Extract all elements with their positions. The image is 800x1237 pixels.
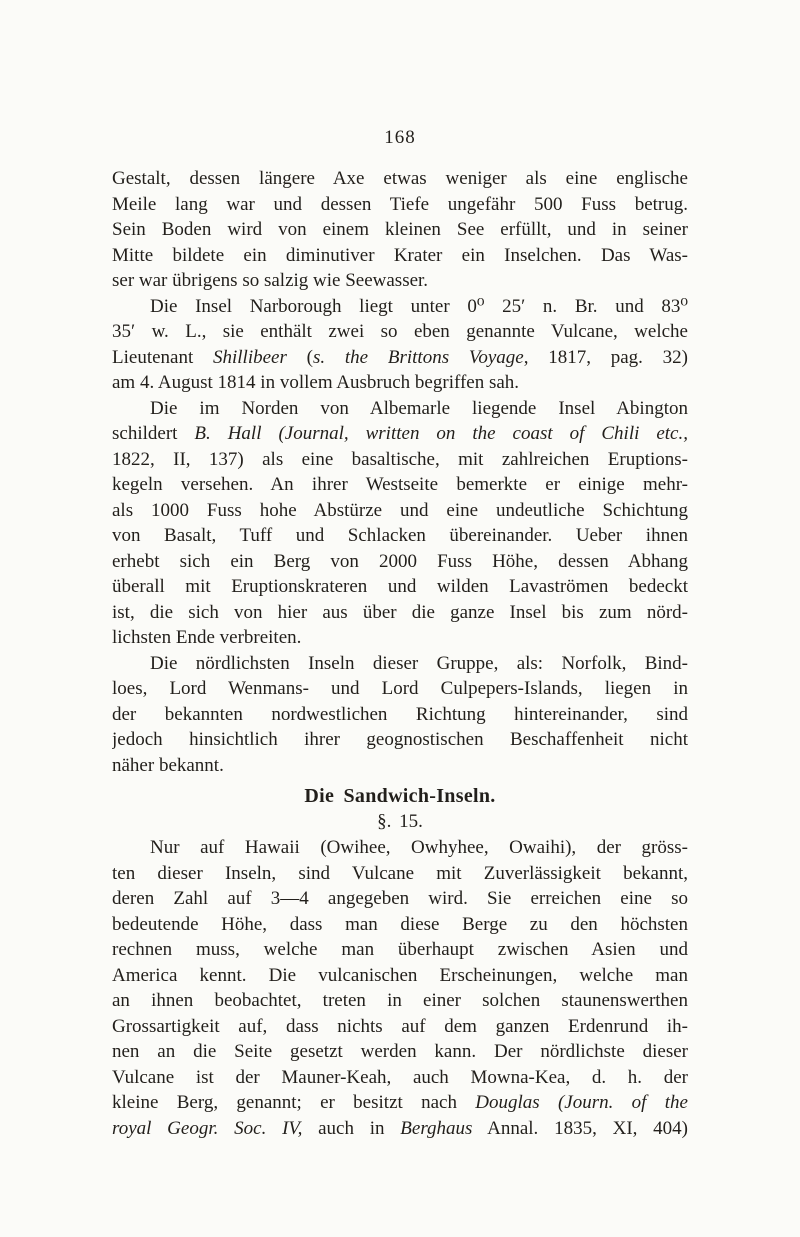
text-segment: Lieutenant xyxy=(112,347,213,368)
text-segment: schildert xyxy=(112,423,194,444)
text-line: Grossartigkeit auf, dass nichts auf dem … xyxy=(112,1014,688,1040)
body-paragraph: Nur auf Hawaii (Owihee, Owhyhee, Owaihi)… xyxy=(112,835,688,1141)
text-segment: kegeln versehen. An ihrer Westseite beme… xyxy=(112,474,688,495)
text-line: loes, Lord Wenmans- und Lord Culpepers-I… xyxy=(112,676,688,702)
text-segment: Die im Norden von Albemarle liegende Ins… xyxy=(150,398,688,419)
body-paragraph: Die nördlichsten Inseln dieser Gruppe, a… xyxy=(112,651,688,779)
italic-text-segment: royal Geogr. Soc. IV, xyxy=(112,1118,302,1139)
text-line: erhebt sich ein Berg von 2000 Fuss Höhe,… xyxy=(112,549,688,575)
text-segment: kleine Berg, genannt; er besitzt nach xyxy=(112,1092,475,1113)
italic-text-segment: Douglas (Journ. of the xyxy=(475,1092,688,1113)
text-segment: auch in xyxy=(302,1118,400,1139)
text-segment: lichsten Ende verbreiten. xyxy=(112,627,301,648)
text-segment: Nur auf Hawaii (Owihee, Owhyhee, Owaihi)… xyxy=(150,837,688,858)
text-line: jedoch hinsichtlich ihrer geognostischen… xyxy=(112,727,688,753)
text-line: America kennt. Die vulcanischen Erschein… xyxy=(112,963,688,989)
text-segment: deren Zahl auf 3—4 angegeben wird. Sie e… xyxy=(112,888,688,909)
text-line: Lieutenant Shillibeer (s. the Brittons V… xyxy=(112,345,688,371)
text-line: der bekannten nordwestlichen Richtung hi… xyxy=(112,702,688,728)
text-line: bedeutende Höhe, dass man diese Berge zu… xyxy=(112,912,688,938)
italic-text-segment: Shillibeer xyxy=(213,347,287,368)
text-segment: rechnen muss, welche man überhaupt zwisc… xyxy=(112,939,688,960)
text-line: nen an die Seite gesetzt werden kann. De… xyxy=(112,1039,688,1065)
text-segment: Mitte bildete ein diminutiver Krater ein… xyxy=(112,245,688,266)
page-number: 168 xyxy=(112,128,688,148)
text-segment: 1822, II, 137) als eine basaltische, mit… xyxy=(112,449,688,470)
text-segment: ist, die sich von hier aus über die ganz… xyxy=(112,602,688,623)
text-line: schildert B. Hall (Journal, written on t… xyxy=(112,421,688,447)
text-line: Sein Boden wird von einem kleinen See er… xyxy=(112,217,688,243)
body-paragraph: Die im Norden von Albemarle liegende Ins… xyxy=(112,396,688,651)
text-line: von Basalt, Tuff und Schlacken übereinan… xyxy=(112,523,688,549)
body-paragraph: Gestalt, dessen längere Axe etwas wenige… xyxy=(112,166,688,294)
text-line: an ihnen beobachtet, treten in einer sol… xyxy=(112,988,688,1014)
italic-text-segment: Berghaus xyxy=(400,1118,472,1139)
text-line: näher bekannt. xyxy=(112,753,688,779)
text-segment: überall mit Eruptionskrateren und wilden… xyxy=(112,576,688,597)
text-segment: 35′ w. L., sie enthält zwei so eben gena… xyxy=(112,321,688,342)
text-segment: von Basalt, Tuff und Schlacken übereinan… xyxy=(112,525,688,546)
text-line: Vulcane ist der Mauner-Keah, auch Mowna-… xyxy=(112,1065,688,1091)
text-line: Nur auf Hawaii (Owihee, Owhyhee, Owaihi)… xyxy=(112,835,688,861)
text-segment: Die Insel Narborough liegt unter 0⁰ 25′ … xyxy=(150,296,688,317)
text-segment: am 4. August 1814 in vollem Ausbruch beg… xyxy=(112,372,519,393)
text-segment: nen an die Seite gesetzt werden kann. De… xyxy=(112,1041,688,1062)
text-line: ist, die sich von hier aus über die ganz… xyxy=(112,600,688,626)
text-segment: der bekannten nordwestlichen Richtung hi… xyxy=(112,704,688,725)
text-segment: Gestalt, dessen längere Axe etwas wenige… xyxy=(112,168,688,189)
text-line: Die Insel Narborough liegt unter 0⁰ 25′ … xyxy=(112,294,688,320)
text-content: Gestalt, dessen längere Axe etwas wenige… xyxy=(112,166,688,1141)
text-line: deren Zahl auf 3—4 angegeben wird. Sie e… xyxy=(112,886,688,912)
text-segment: bedeutende Höhe, dass man diese Berge zu… xyxy=(112,914,688,935)
text-segment: ten dieser Inseln, sind Vulcane mit Zuve… xyxy=(112,863,688,884)
text-line: Mitte bildete ein diminutiver Krater ein… xyxy=(112,243,688,269)
text-segment: Sein Boden wird von einem kleinen See er… xyxy=(112,219,688,240)
text-segment: an ihnen beobachtet, treten in einer sol… xyxy=(112,990,688,1011)
body-paragraph: Die Insel Narborough liegt unter 0⁰ 25′ … xyxy=(112,294,688,396)
text-line: als 1000 Fuss hohe Abstürze und eine und… xyxy=(112,498,688,524)
section-heading: Die Sandwich-Inseln. xyxy=(112,783,688,809)
italic-text-segment: B. Hall (Journal, written on the coast o… xyxy=(194,423,688,444)
text-segment: Vulcane ist der Mauner-Keah, auch Mowna-… xyxy=(112,1067,688,1088)
text-line: Die im Norden von Albemarle liegende Ins… xyxy=(112,396,688,422)
text-line: Meile lang war und dessen Tiefe ungefähr… xyxy=(112,192,688,218)
section-mark: §. 15. xyxy=(112,809,688,835)
text-line: kegeln versehen. An ihrer Westseite beme… xyxy=(112,472,688,498)
text-segment: erhebt sich ein Berg von 2000 Fuss Höhe,… xyxy=(112,551,688,572)
text-line: ser war übrigens so salzig wie Seewasser… xyxy=(112,268,688,294)
text-segment: Meile lang war und dessen Tiefe ungefähr… xyxy=(112,194,688,215)
text-segment: näher bekannt. xyxy=(112,755,224,776)
text-line: am 4. August 1814 in vollem Ausbruch beg… xyxy=(112,370,688,396)
text-line: 35′ w. L., sie enthält zwei so eben gena… xyxy=(112,319,688,345)
text-segment: ( xyxy=(287,347,313,368)
text-line: royal Geogr. Soc. IV, auch in Berghaus A… xyxy=(112,1116,688,1142)
text-segment: Die nördlichsten Inseln dieser Gruppe, a… xyxy=(150,653,688,674)
text-line: 1822, II, 137) als eine basaltische, mit… xyxy=(112,447,688,473)
text-line: Die nördlichsten Inseln dieser Gruppe, a… xyxy=(112,651,688,677)
text-segment: America kennt. Die vulcanischen Erschein… xyxy=(112,965,688,986)
text-segment: loes, Lord Wenmans- und Lord Culpepers-I… xyxy=(112,678,688,699)
text-segment: Grossartigkeit auf, dass nichts auf dem … xyxy=(112,1016,688,1037)
text-line: Gestalt, dessen längere Axe etwas wenige… xyxy=(112,166,688,192)
text-segment: , 1817, pag. 32) xyxy=(524,347,688,368)
italic-text-segment: s. the Brittons Voyage xyxy=(313,347,524,368)
text-line: rechnen muss, welche man überhaupt zwisc… xyxy=(112,937,688,963)
text-line: ten dieser Inseln, sind Vulcane mit Zuve… xyxy=(112,861,688,887)
text-line: kleine Berg, genannt; er besitzt nach Do… xyxy=(112,1090,688,1116)
text-line: lichsten Ende verbreiten. xyxy=(112,625,688,651)
text-line: überall mit Eruptionskrateren und wilden… xyxy=(112,574,688,600)
text-segment: ser war übrigens so salzig wie Seewasser… xyxy=(112,270,428,291)
text-segment: Annal. 1835, XI, 404) xyxy=(472,1118,688,1139)
book-page: 168 Gestalt, dessen längere Axe etwas we… xyxy=(0,0,800,1237)
text-segment: jedoch hinsichtlich ihrer geognostischen… xyxy=(112,729,688,750)
text-segment: als 1000 Fuss hohe Abstürze und eine und… xyxy=(112,500,688,521)
text-block: 168 Gestalt, dessen längere Axe etwas we… xyxy=(112,128,688,1141)
